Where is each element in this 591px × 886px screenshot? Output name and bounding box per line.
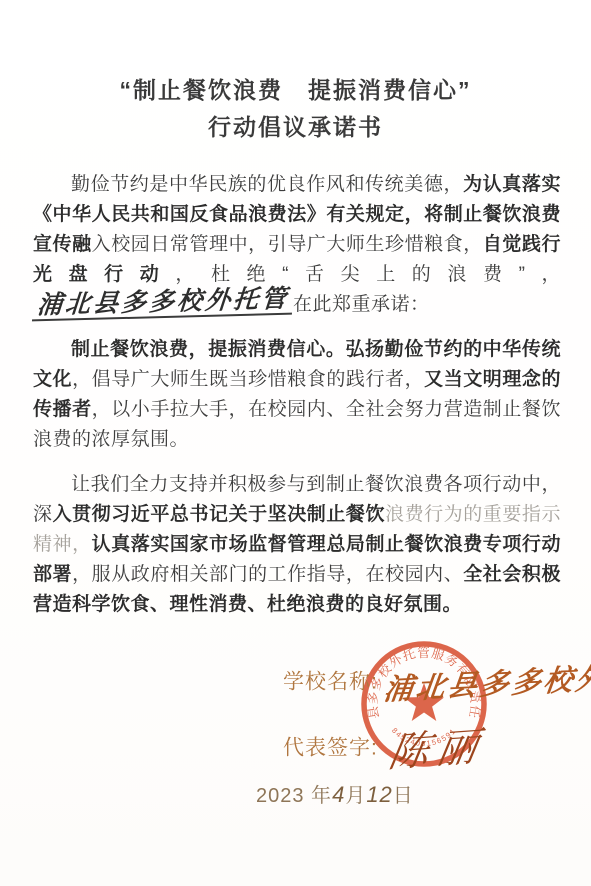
representative-signature-row: 代表签字: 陈丽: [283, 718, 486, 775]
text-run: 在此郑重承诺：: [293, 294, 430, 315]
text-run: 日: [393, 785, 414, 807]
document-body: 勤俭节约是中华民族的优良作风和传统美德，为认真落实《中华人民共和国反食品浪费法》…: [33, 170, 561, 620]
handwritten-text-run: 4: [332, 782, 345, 807]
text-run: 入校园日常管理中，引导广大师生珍惜粮食，: [92, 234, 483, 255]
handwritten-text-run: 12: [366, 782, 392, 807]
pledge-document-page: “制止餐饮浪费 提振消费信心” 行动倡议承诺书 勤俭节约是中华民族的优良作风和传…: [0, 0, 591, 886]
signature-label: 代表签字:: [283, 737, 378, 760]
title-block: “制止餐饮浪费 提振消费信心” 行动倡议承诺书: [0, 0, 591, 146]
text-run: ，以小手拉大手，在校园内、全社会努力营造制止餐饮浪费的浓厚氛围。: [33, 399, 561, 450]
text-run: 2023 年: [256, 785, 332, 807]
document-title-line2: 行动倡议承诺书: [0, 109, 591, 146]
document-title-line1: “制止餐饮浪费 提振消费信心”: [0, 72, 591, 109]
school-name-handwritten: 浦北县多多校外托管: [382, 652, 591, 708]
paragraph-3: 让我们全力支持并积极参与到制止餐饮浪费各项行动中，深入贯彻习近平总书记关于坚决制…: [33, 470, 561, 620]
text-run: 入贯彻习近平总书记关于坚决制止餐饮: [53, 504, 385, 525]
school-name-label: 学校名称:: [283, 671, 378, 694]
text-run: 勤俭节约是中华民族的优良作风和传统美德，: [71, 174, 463, 195]
text-run: 月: [345, 785, 366, 807]
paragraph-2: 制止餐饮浪费，提振消费信心。弘扬勤俭节约的中华传统文化，倡导广大师生既当珍惜粮食…: [33, 335, 561, 455]
signature-handwritten: 陈丽: [385, 714, 491, 779]
date-line: 2023 年4月12日: [256, 779, 414, 808]
paragraph-1: 勤俭节约是中华民族的优良作风和传统美德，为认真落实《中华人民共和国反食品浪费法》…: [33, 170, 561, 320]
school-name-row: 学校名称: 浦北县多多校外托管: [283, 660, 591, 701]
text-run: ，倡导广大师生既当珍惜粮食的践行者，: [72, 369, 424, 390]
text-run: ，杜绝“舌尖上的浪费”，: [175, 264, 561, 285]
handwritten-text-run: 浦北县多多校外托管: [32, 287, 294, 322]
text-run: ，服从政府相关部门的工作指导，在校园内、: [72, 564, 463, 585]
